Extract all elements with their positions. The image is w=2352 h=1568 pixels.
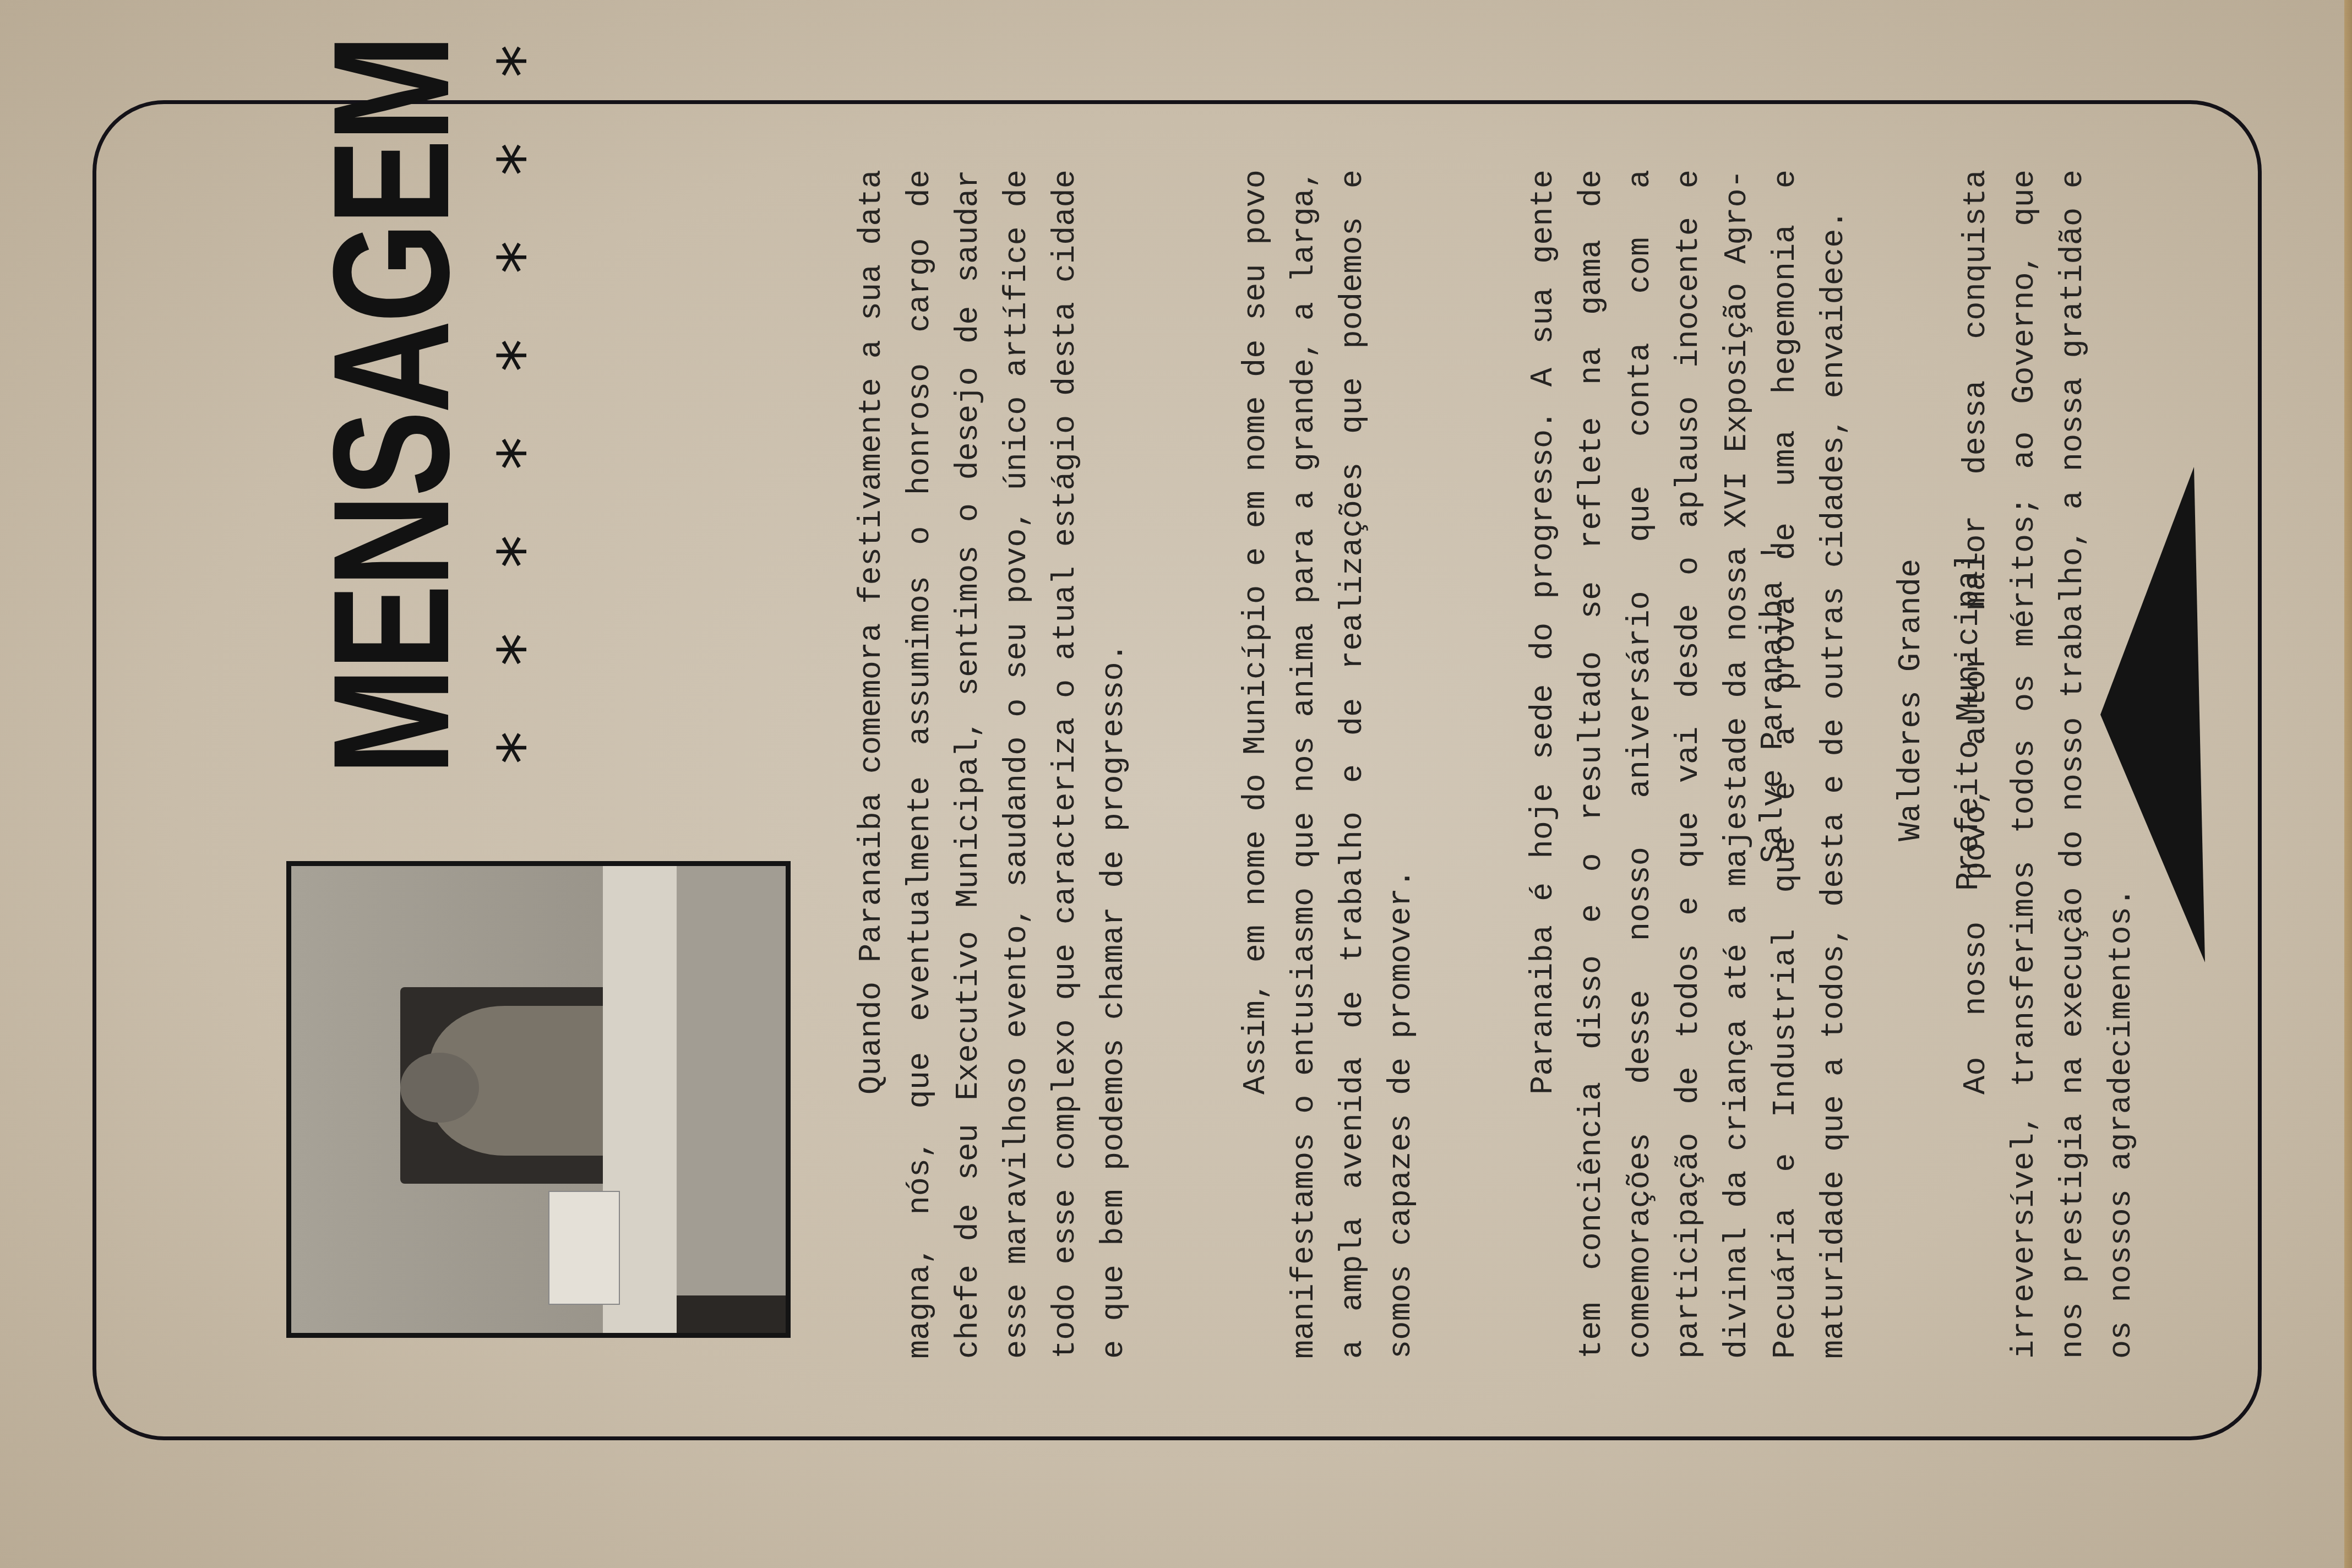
closing-salutation: Salve Paranaiba ! [1756, 543, 1792, 864]
document-page: MENSAGEM * * * * * * * * Quando Paranaib… [0, 0, 2352, 1568]
photo-corner [677, 1295, 786, 1333]
page-title: MENSAGEM [325, 234, 457, 775]
paragraph-1: Quando Paranaiba comemora festivamente a… [848, 170, 1139, 1359]
mayor-photo [286, 861, 791, 1338]
asterisk-decoration: * * * * * * * * [484, 23, 561, 764]
photo-papers [548, 1191, 620, 1305]
photo-floor [677, 866, 786, 1333]
paragraph-3: Paranaiba é hoje sede do progresso. A su… [1520, 170, 1859, 1359]
triangle-ornament-icon [2100, 467, 2211, 962]
photo-head [400, 1053, 480, 1123]
signature-role: Prefeito Municipal [1952, 552, 1987, 891]
signature-name: Walderes Grande [1894, 559, 1929, 841]
paragraph-2: Assim, em nome do Município e em nome de… [1232, 170, 1426, 1359]
